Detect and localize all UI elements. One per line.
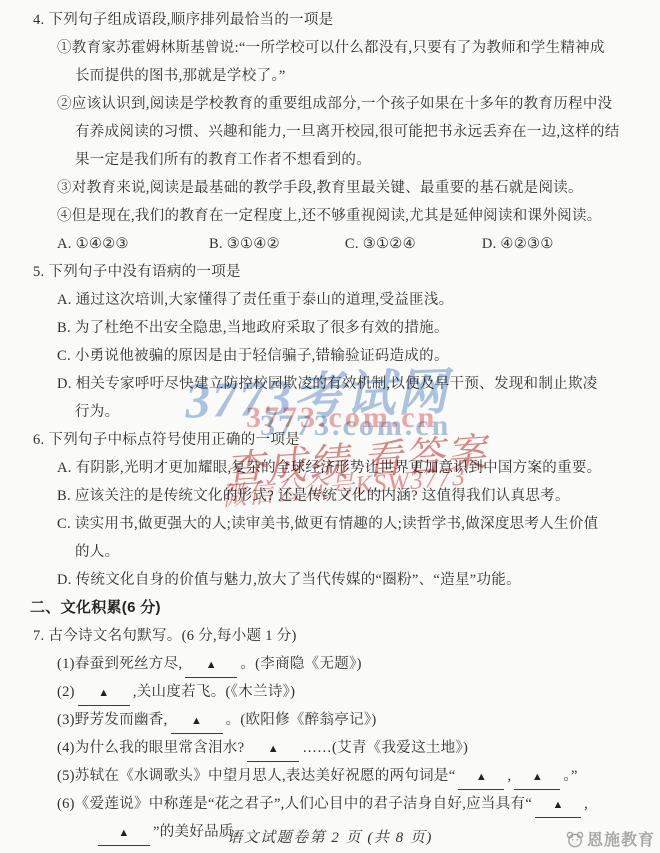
exam-content: 4. 下列句子组成语段,顺序排列最恰当的一项是 ①教育家苏霍姆林斯基曾说:“一所… [0,6,660,846]
q4-sentence-2-cont1: 有养成阅读的习惯、兴趣和能力,一旦离开校园,很可能把书永远丢弃在一边,这样的结 [0,118,660,146]
panda-logo-icon [565,830,585,848]
q7-item-3-text: (3)野芳发而幽香, [57,712,168,728]
page-footer: 语文试题卷第 2 页 (共 8 页) [0,826,660,847]
q4-title: 4. 下列句子组成语段,顺序排列最恰当的一项是 [0,6,660,34]
q7-item-2: (2)▲,关山度若飞。(《木兰诗》) [0,678,660,706]
q7-item-5-blank2: ▲ [514,765,560,790]
q7-item-6: (6)《爱莲说》中称莲是“花之君子”,人们心目中的君子洁身自好,应当具有“▲, [0,790,660,818]
q6-option-b: B. 应该关注的是传统文化的形式? 还是传统文化的内涵? 这值得我们认真思考。 [0,482,660,510]
q6-option-a: A. 有阴影,光明才更加耀眼,复杂的全球经济形势让世界更加意识到中国方案的重要。 [0,454,660,482]
q6-title: 6. 下列句子中标点符号使用正确的一项是 [0,426,660,454]
exam-paper-page: 4. 下列句子组成语段,顺序排列最恰当的一项是 ①教育家苏霍姆林斯基曾说:“一所… [0,0,660,853]
q7-item-1: (1)春蚕到死丝方尽,▲。(李商隐《无题》) [0,650,660,678]
q5-title: 5. 下列句子中没有语病的一项是 [0,258,660,286]
q4-option-d: D. ④②③① [482,230,554,258]
q4-sentence-3: ③对教育来说,阅读是最基础的教学手段,教育里最关键、最重要的基石就是阅读。 [0,174,660,202]
q7-item-5-end: 。” [563,768,577,784]
q7-item-6-blank1: ▲ [535,793,581,818]
q5-option-b: B. 为了杜绝不出安全隐患,当地政府采取了很多有效的措施。 [0,314,660,342]
q7-item-1-text: (1)春蚕到死丝方尽, [57,656,182,672]
q7-item-6-text: (6)《爱莲说》中称莲是“花之君子”,人们心目中的君子洁身自好,应当具有“ [57,796,532,812]
q4-sentence-4: ④但是现在,我们的教育在一定程度上,还不够重视阅读,尤其是延伸阅读和课外阅读。 [0,202,660,230]
q7-item-6-comma: , [584,796,588,812]
q5-option-a: A. 通过这次培训,大家懂得了责任重于泰山的道理,受益匪浅。 [0,286,660,314]
q5-option-d: D. 相关专家呼吁尽快建立防控校园欺凌的有效机制,以便及早干预、发现和制止欺凌 [0,370,660,398]
q7-item-2-text: ,关山度若飞。(《木兰诗》) [133,684,295,700]
q6-option-d: D. 传统文化自身的价值与魅力,放大了当代传媒的“圈粉”、“造星”功能。 [0,566,660,594]
q7-item-1-source: 。(李商隐《无题》) [240,656,361,672]
q7-item-1-blank: ▲ [185,653,237,678]
brand-watermark: 恩施教育 [565,827,655,850]
q7-item-4: (4)为什么我的眼里常含泪水?▲……(艾青《我爱这土地》) [0,734,660,762]
q4-option-c: C. ③①②④ [345,230,478,258]
q7-item-5: (5)苏轼在《水调歌头》中望月思人,表达美好祝愿的两句词是“▲,▲。” [0,762,660,790]
q7-item-3-source: 。(欧阳修《醉翁亭记》) [226,712,377,728]
section2-header: 二、文化积累(6 分) [0,594,660,622]
q7-item-2-blank: ▲ [78,681,130,706]
q4-sentence-1-cont: 长而提供的图书,那就是学校了。” [0,62,660,90]
q6-option-c: C. 读实用书,做更强大的人;读审美书,做更有情趣的人;读哲学书,做深度思考人生… [0,510,660,538]
q7-item-3: (3)野芳发而幽香,▲。(欧阳修《醉翁亭记》) [0,706,660,734]
q7-item-2-num: (2) [57,684,75,700]
q6-option-c-cont: 的人。 [0,538,660,566]
q7-item-5-comma: , [507,768,511,784]
q4-sentence-2-cont2: 果一定是我们所有的教育工作者不想看到的。 [0,146,660,174]
q4-option-a: A. ①④②③ [57,230,205,258]
q7-title: 7. 古今诗文名句默写。(6 分,每小题 1 分) [0,622,660,650]
q7-item-3-blank: ▲ [171,709,223,734]
q7-item-4-source: ……(艾青《我爱这土地》) [302,740,468,756]
q7-item-5-text: (5)苏轼在《水调歌头》中望月思人,表达美好祝愿的两句词是“ [57,768,455,784]
q7-item-4-text: (4)为什么我的眼里常含泪水? [57,740,244,756]
q4-options: A. ①④②③ B. ③①④② C. ③①②④ D. ④②③① [0,230,660,258]
q7-item-5-blank1: ▲ [458,765,504,790]
q5-option-c: C. 小勇说他被骗的原因是由于轻信骗子,错输验证码造成的。 [0,342,660,370]
q4-sentence-2: ②应该认识到,阅读是学校教育的重要组成部分,一个孩子如果在十多年的教育历程中没 [0,90,660,118]
brand-text: 恩施教育 [587,827,655,850]
q4-option-b: B. ③①④② [209,230,341,258]
q4-sentence-1: ①教育家苏霍姆林斯基曾说:“一所学校可以什么都没有,只要有了为教师和学生精神成 [0,34,660,62]
q5-option-d-cont: 行为。 [0,398,660,426]
q7-item-4-blank: ▲ [247,737,299,762]
